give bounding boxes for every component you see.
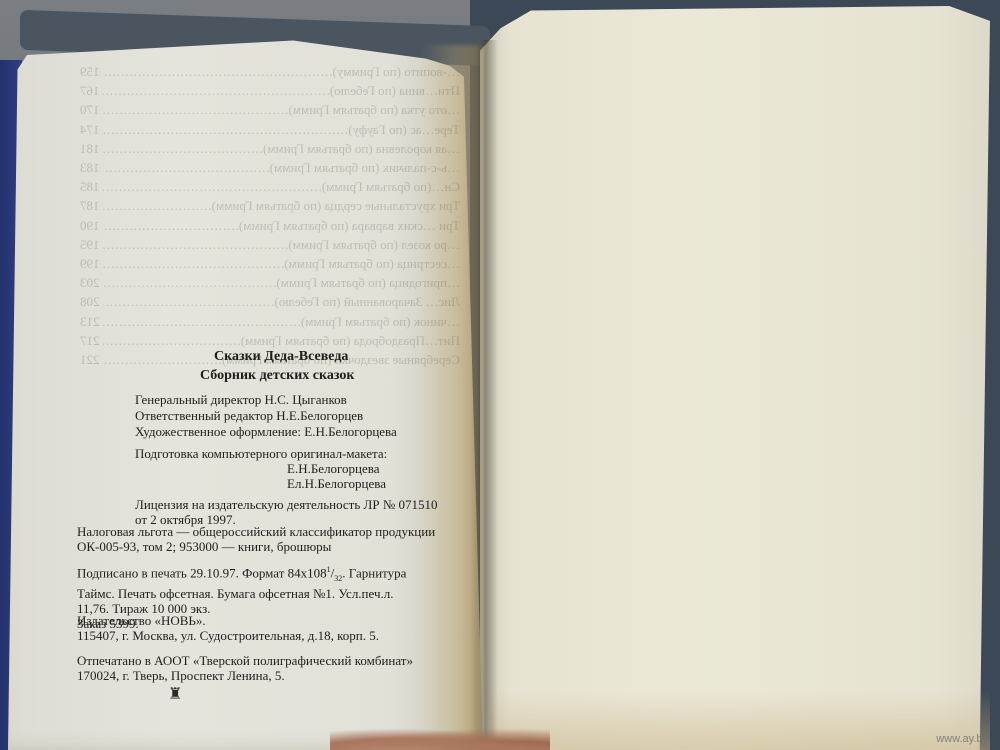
right-blank-page bbox=[480, 6, 990, 750]
layout-prep-name: Ел.Н.Белогорцева bbox=[135, 476, 387, 491]
publishing-license: Лицензия на издательскую деятельность ЛР… bbox=[135, 497, 438, 527]
credit-editor: Ответственный редактор Н.Е.Белогорцев bbox=[135, 408, 397, 424]
layout-preparation: Подготовка компьютерного оригинал-макета… bbox=[135, 446, 387, 491]
publisher: Издательство «НОВЬ». 115407, г. Москва, … bbox=[77, 613, 379, 643]
tax-line: Налоговая льгота — общероссийский класси… bbox=[77, 524, 435, 539]
print-signed-date: Подписано в печать 29.10.97. Формат 84x1… bbox=[77, 565, 327, 580]
page-stain bbox=[490, 690, 990, 750]
ghost-toc-entry: …ро козел (по братьям Гримм)............… bbox=[80, 235, 460, 254]
ghost-toc-entry: …-вопито (по Гримму)....................… bbox=[80, 62, 460, 81]
tax-benefit: Налоговая льгота — общероссийский класси… bbox=[77, 524, 435, 554]
credit-general-director: Генеральный директор Н.С. Цыганков bbox=[135, 392, 397, 408]
ghost-toc-entry: …пригодица (по братьям Гримм)...........… bbox=[80, 273, 460, 292]
book-gutter bbox=[470, 40, 498, 750]
ghost-toc-entry: …ото утка (по братьям Гримм)............… bbox=[80, 100, 460, 119]
printer-logo-icon: ♜ bbox=[168, 684, 182, 704]
printer: Отпечатано в АООТ «Тверской полиграфичес… bbox=[77, 653, 413, 683]
ghost-toc-entry: Лис… Зачарованный (по Гебелю)...........… bbox=[80, 292, 460, 311]
credit-art-design: Художественное оформление: Е.Н.Белогорце… bbox=[135, 424, 397, 440]
show-through-table-of-contents: …-вопито (по Гримму)....................… bbox=[80, 62, 460, 369]
ghost-toc-entry: Тере…ас (по Гауфу)......................… bbox=[80, 120, 460, 139]
ghost-toc-entry: Пти…вина (по Гебелю)....................… bbox=[80, 81, 460, 100]
layout-prep-label: Подготовка компьютерного оригинал-макета… bbox=[135, 446, 387, 461]
watermark: www.ay.by bbox=[936, 733, 988, 745]
printer-name: Отпечатано в АООТ «Тверской полиграфичес… bbox=[77, 653, 413, 668]
book-title: Сказки Деда-Всеведа bbox=[214, 349, 348, 364]
ghost-toc-entry: Сн…(по братьям Гримм)...................… bbox=[80, 177, 460, 196]
format-sup: 1 bbox=[327, 565, 331, 574]
staff-credits: Генеральный директор Н.С. Цыганков Ответ… bbox=[135, 392, 397, 440]
ghost-toc-entry: …ая королевна (по братьям Гримм)........… bbox=[80, 139, 460, 158]
layout-prep-name: Е.Н.Белогорцева bbox=[135, 461, 387, 476]
ghost-toc-entry: …ь-с-пальчик (по братьям Гримм).........… bbox=[80, 158, 460, 177]
ghost-toc-entry: …чинок (по братьям Гримм)...............… bbox=[80, 312, 460, 331]
printer-address: 170024, г. Тверь, Проспект Ленина, 5. bbox=[77, 668, 413, 683]
publisher-address: 115407, г. Москва, ул. Судостроительная,… bbox=[77, 628, 379, 643]
tax-classifier: ОК-005-93, том 2; 953000 — книги, брошюр… bbox=[77, 539, 435, 554]
book-subtitle: Сборник детских сказок bbox=[200, 368, 354, 383]
license-number: Лицензия на издательскую деятельность ЛР… bbox=[135, 497, 438, 512]
ghost-toc-entry: Три …ских варвара (по братьям Гримм)....… bbox=[80, 216, 460, 235]
ghost-toc-entry: …сестрица (по братьям Гримм)............… bbox=[80, 254, 460, 273]
ghost-toc-entry: Три хрустальные сердца (по братьям Гримм… bbox=[80, 196, 460, 215]
publisher-name: Издательство «НОВЬ». bbox=[77, 613, 379, 628]
holding-fingers bbox=[330, 728, 550, 750]
ghost-toc-entry: Пит…Праздоброда (по братьям Гримм)......… bbox=[80, 331, 460, 350]
